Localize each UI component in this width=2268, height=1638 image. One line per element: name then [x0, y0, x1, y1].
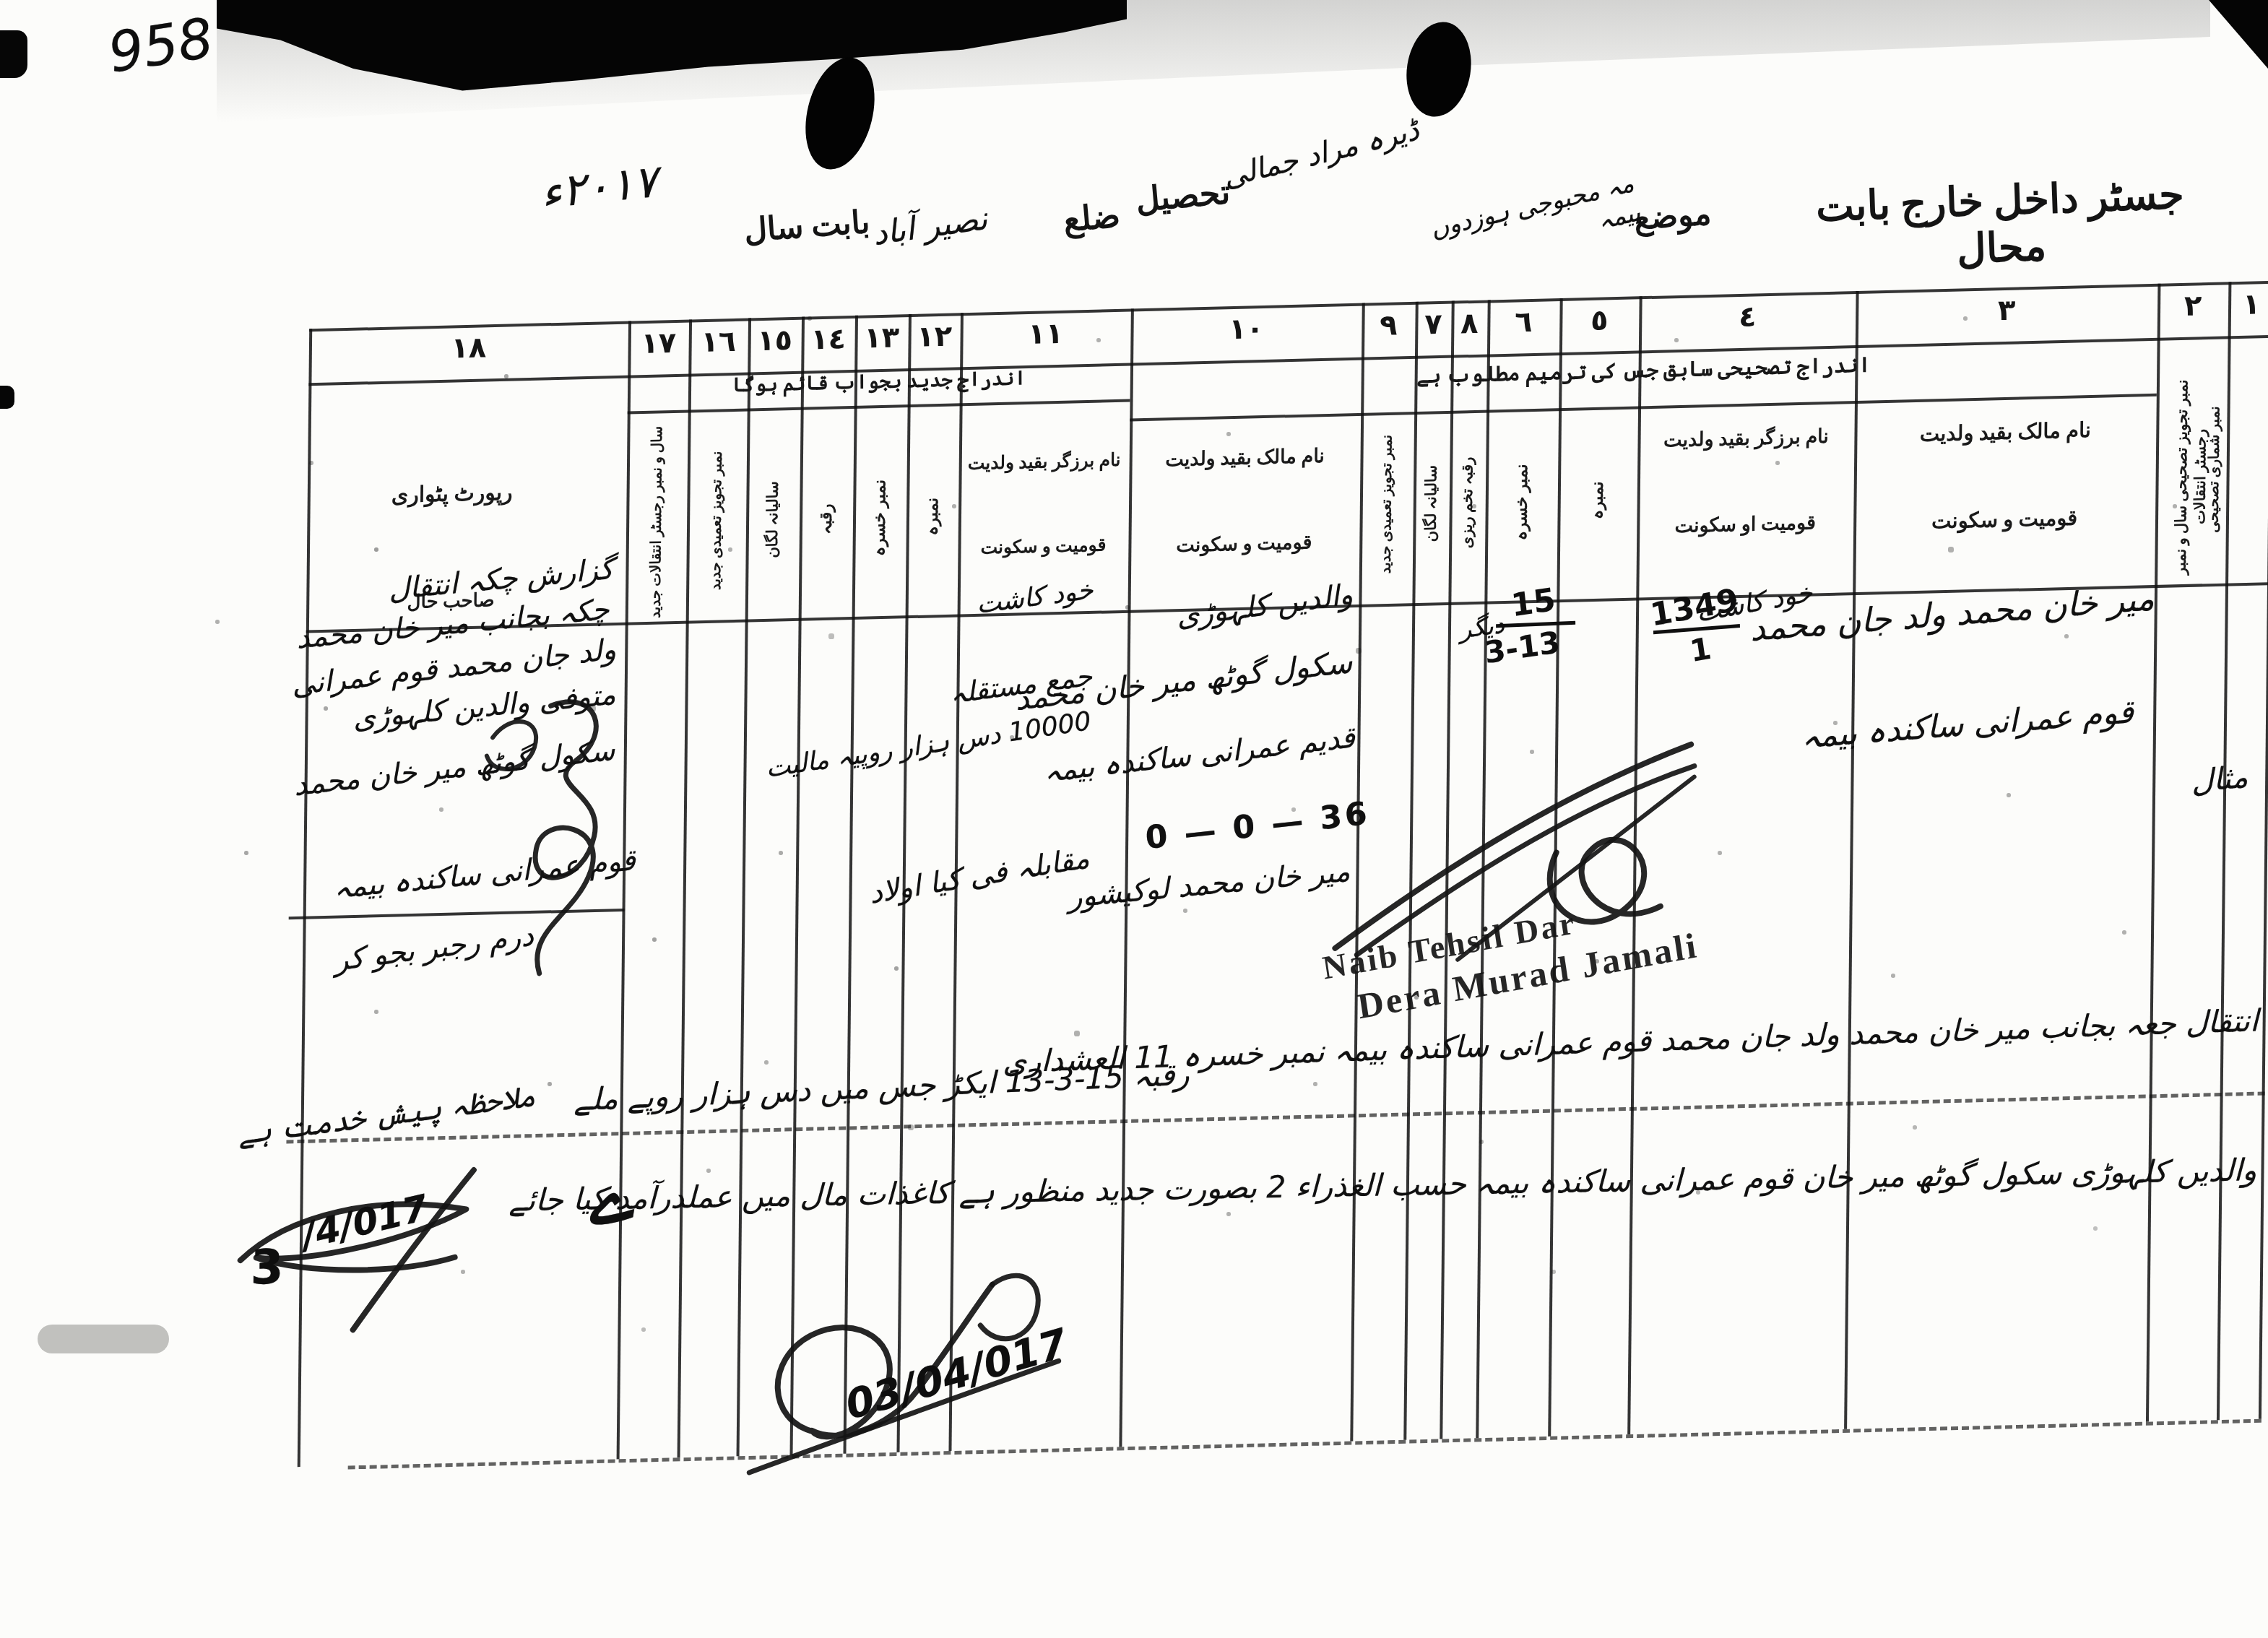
grid-vline: [678, 319, 693, 1457]
col-header-17: سال و نمبر رجسٹر انتقالات جدید: [646, 397, 667, 646]
col-header-line: نام مالک بقید ولدیت: [1165, 445, 1325, 470]
district-value-handwritten: نصیر آباد: [870, 200, 990, 253]
cultivator-new-line4: مقابلہ فی کیا اولاد: [765, 841, 1091, 927]
col-header-line: قومیت و سکونت: [962, 536, 1124, 558]
col-header-15: سالیانہ لگان: [762, 395, 783, 644]
scan-edge-mark: [0, 386, 14, 409]
grid-hline: [309, 281, 2268, 331]
col-num-13: ١٣: [851, 321, 912, 355]
col-header-line: نام برزگر بقید ولدیت: [968, 451, 1121, 474]
col-num-12: ١٢: [904, 319, 964, 354]
scan-edge-mark: [0, 30, 27, 78]
scan-smudge: [38, 1325, 169, 1353]
register-table: ١ ٢ ٣ ٤ ٥ ٦ ٨ ٧ ٩ ١٠ ١١ ١٢ ١٣ ١٤ ١٥ ١٦ ١…: [268, 243, 2268, 1520]
signature-naib-tehsildar: [1317, 726, 1709, 966]
khasra-top: 15: [1492, 578, 1575, 627]
owner-old-line2: قوم عمرانی ساکندہ بیمہ: [1783, 693, 2134, 757]
col-header-line: قومیت و سکونت: [1859, 506, 2150, 534]
year-note-handwritten: ۲۰۱۷ء: [538, 155, 660, 220]
grid-hline: [1130, 394, 2157, 422]
col-header-line: نام مالک بقید ولدیت: [1920, 419, 2091, 446]
col-header-cultivator-old: نام برزگر بقید ولدیت قومیت او سکونت: [1642, 426, 1848, 537]
col-num-6: ٦: [1493, 305, 1554, 339]
owner-new-line5: میر خان محمد لوکیشور: [1104, 855, 1351, 911]
col-num-18: ١٨: [438, 331, 499, 365]
date-left-day: 3: [250, 1239, 284, 1296]
col-header-8: رقبہ تخم ریزی: [1457, 378, 1478, 628]
col-header-13: نمبر خسرہ: [868, 394, 891, 643]
col-header-12: نمبرہ: [921, 392, 944, 641]
col-header-line: قومیت او سکونت: [1642, 512, 1848, 537]
year-label: بابت سال: [743, 204, 870, 249]
mouza-label: موضع: [1632, 195, 1712, 237]
col-header-2: نمبر تجویز تصحیحی سال و نمبر رجسٹر انتقا…: [2171, 357, 2211, 597]
col-header-owner-old: نام مالک بقید ولدیت قومیت و سکونت: [1859, 419, 2150, 534]
col-header-cultivator-new: نام برزگر بقید ولدیت قومیت و سکونت: [962, 451, 1125, 558]
khasra-fraction: 15 3-13: [1492, 578, 1579, 668]
col-header-owner-new: نام مالک بقید ولدیت قومیت و سکونت: [1134, 446, 1354, 557]
table-bottom-dashed: [348, 1419, 2261, 1470]
year-fraction: 1349 1: [1648, 581, 1747, 675]
flourish-mark: ے: [530, 1146, 638, 1255]
col-header-16: نمبر تجویز تعمیدی جدید: [706, 396, 727, 645]
col-header-line: رپورٹ پٹواری: [391, 481, 513, 508]
col-header-5: نمبرہ: [1586, 376, 1609, 625]
col-num-14: ١٤: [797, 322, 858, 357]
col-num-4: ٤: [1717, 300, 1778, 334]
col-num-17: ١٧: [628, 326, 689, 360]
col-num-15: ١٥: [744, 324, 805, 358]
col-num-1: ١: [2221, 287, 2268, 322]
col-num-5: ٥: [1569, 303, 1629, 338]
page-corner-number: 958: [104, 5, 217, 85]
sanction-line: والدیں کلہوڑی سکول گوٹھ میر خان قوم عمرا…: [502, 1152, 2257, 1218]
scanned-register-page: 958 ۲۰۱۷ء جسٹر داخل خارج بابت محال موضع …: [0, 0, 2268, 1638]
col-num-9: ٩: [1358, 308, 1419, 343]
scan-noise: [0, 0, 1, 1]
col-num-11: ١١: [1015, 316, 1075, 351]
col-header-9: نمبر تجویز تعمیدی جدید: [1377, 380, 1397, 629]
col-header-line: قومیت و سکونت: [1134, 532, 1354, 556]
owner-new-line2: سکول گوٹھ میر خان محمد: [1099, 644, 1354, 708]
col-num-16: ١٦: [688, 324, 748, 359]
col-header-line: نام برزگر بقید ولدیت: [1663, 425, 1829, 451]
district-label: ضلع: [1062, 196, 1122, 240]
owner-new-line1: والدیں کلہوڑی: [1143, 578, 1354, 638]
col-num-10: ١٠: [1216, 312, 1276, 347]
tehsil-value-handwritten: ڈیرہ مراد جمالی: [1220, 113, 1423, 194]
col-header-14: رقبہ: [815, 394, 838, 643]
signature-clerk: [440, 682, 681, 992]
col-header-7: سالیانہ لگان: [1421, 379, 1442, 628]
col-num-2: ٢: [2163, 289, 2223, 324]
col-num-3: ٣: [1976, 293, 2037, 328]
grid-vline: [2259, 281, 2268, 1419]
tehsil-label: تحصیل: [1134, 172, 1232, 219]
entry-serial-mark: مثال: [2153, 758, 2249, 802]
